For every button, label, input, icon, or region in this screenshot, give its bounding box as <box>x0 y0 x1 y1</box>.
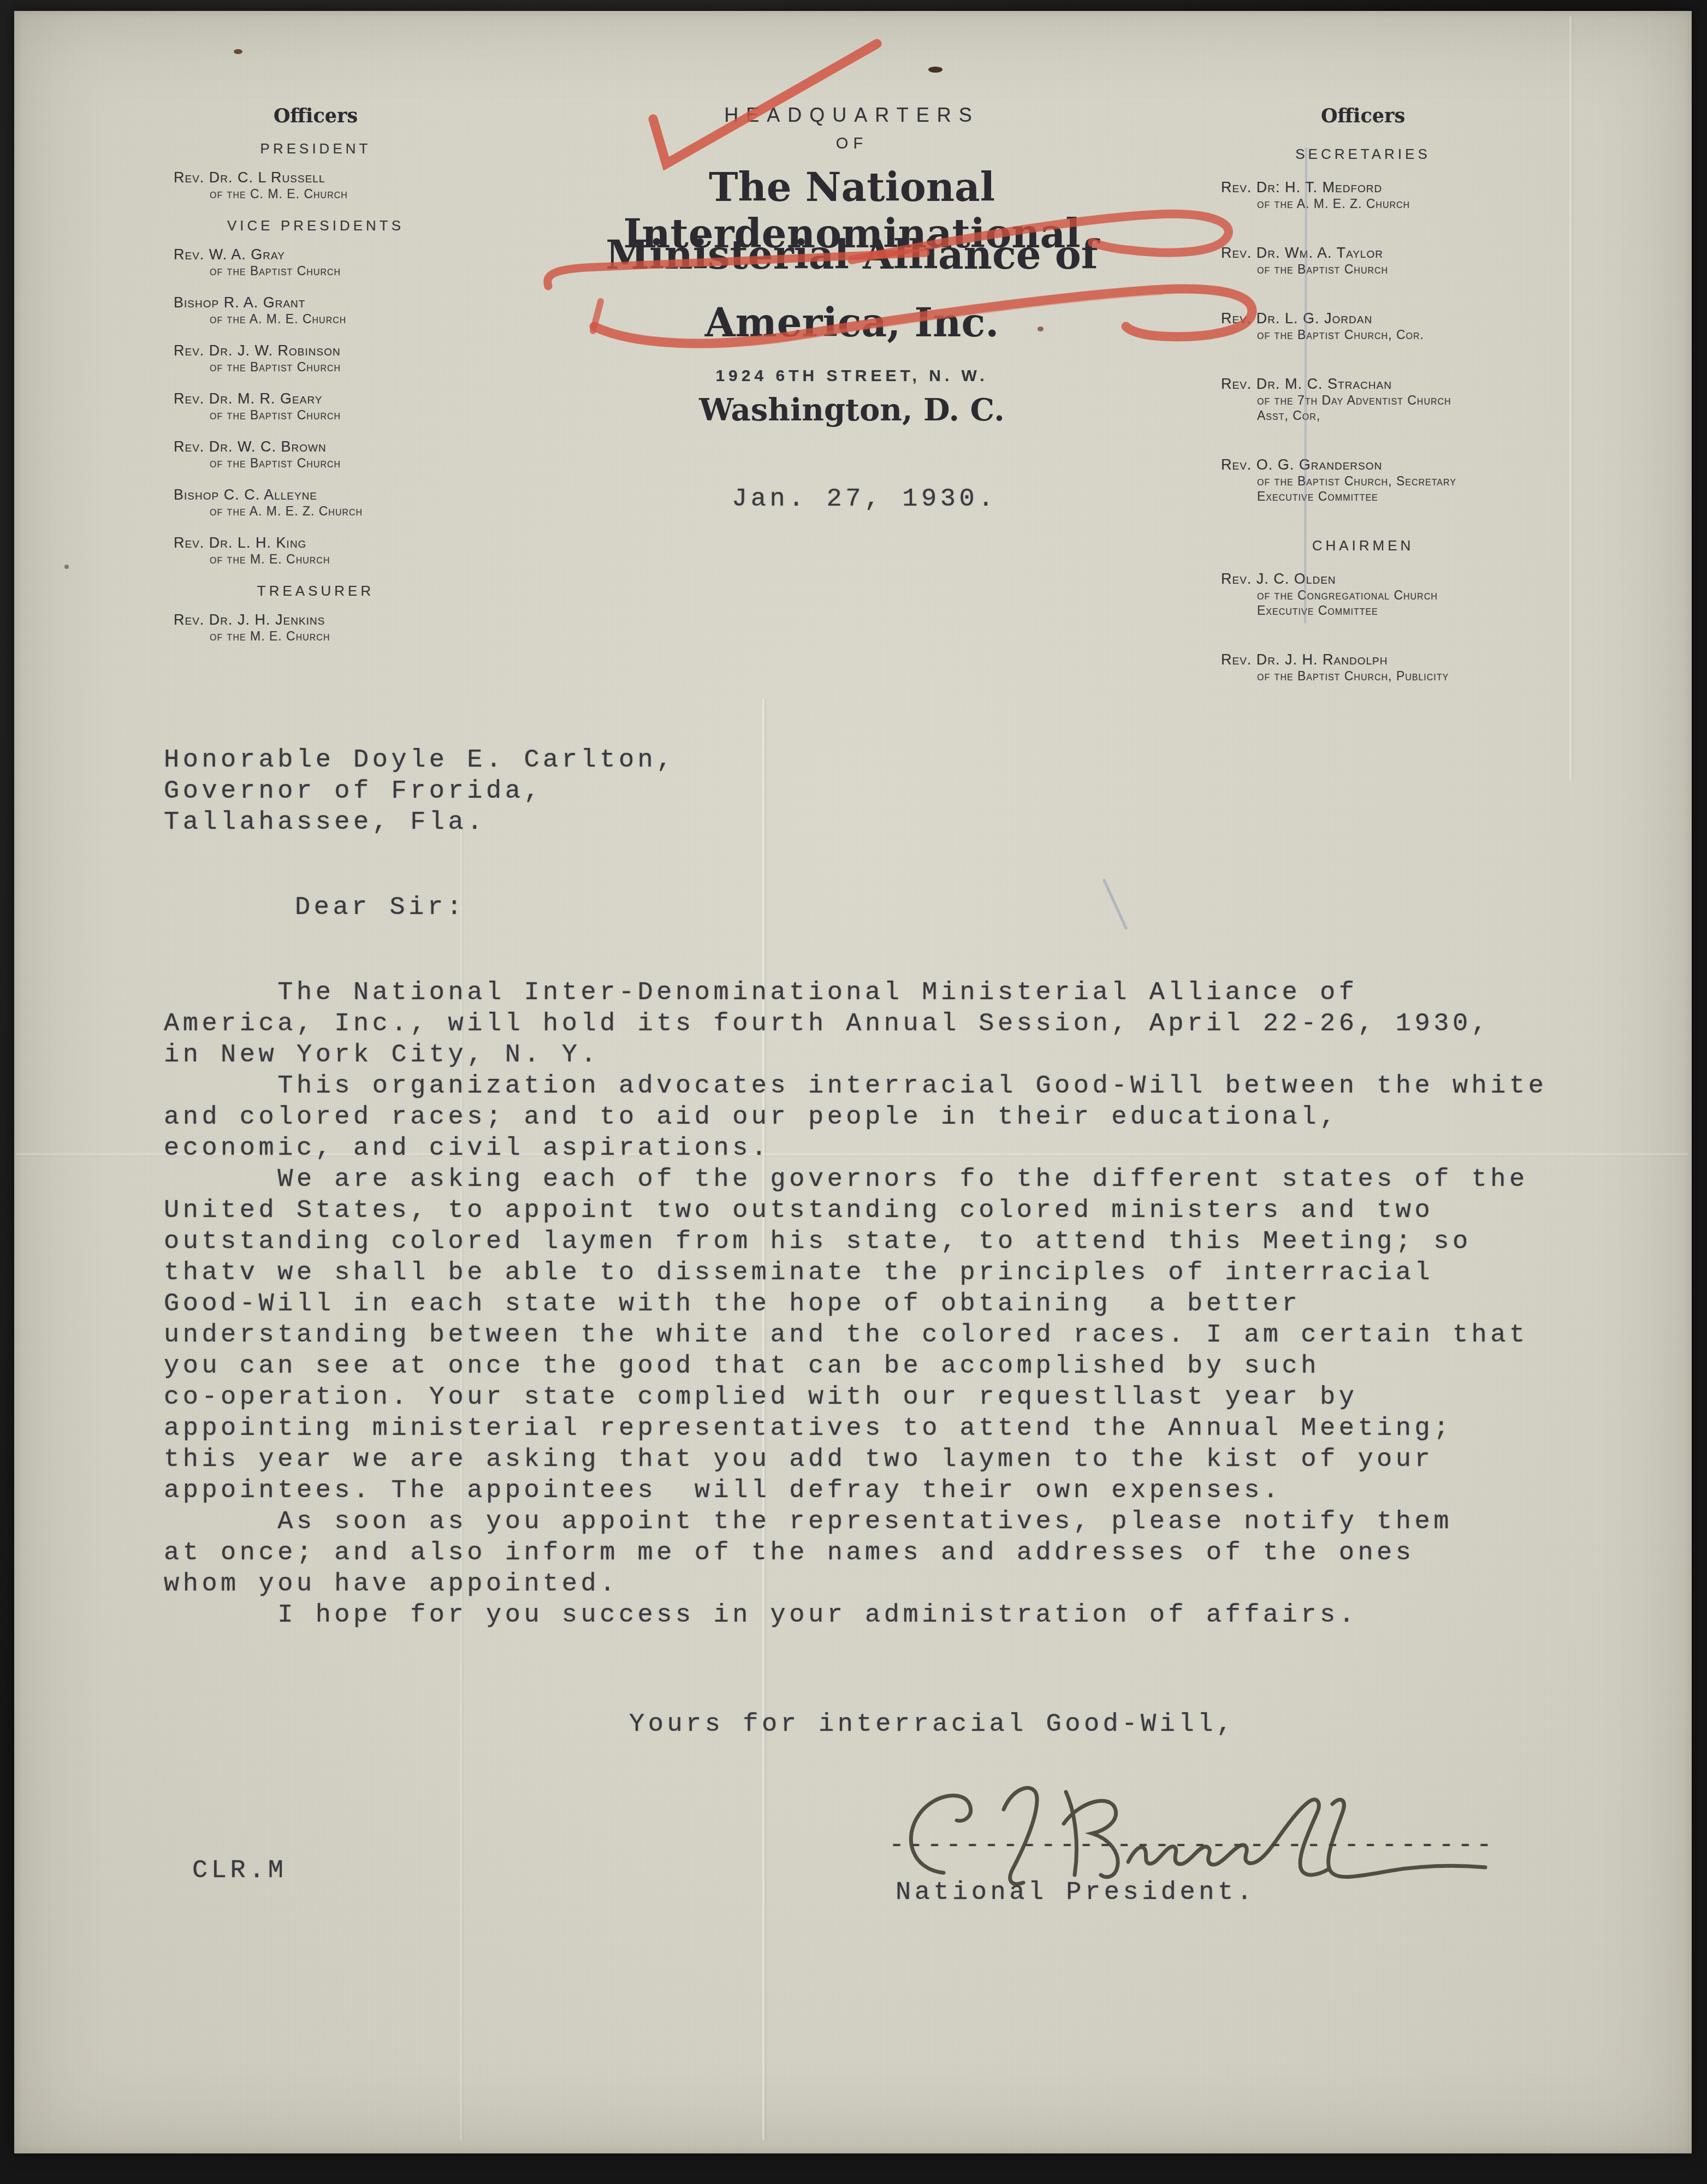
officer-name: Rev. Dr. J. H. Randolph <box>1221 651 1581 668</box>
officers-members: Rev. J. C. Olden of the Congregational C… <box>1221 571 1581 683</box>
officer-affiliations: of the 7th Day Adventist ChurchAsst, Cor… <box>1221 394 1581 423</box>
letter-body-line: America, Inc., will hold its fourth Annu… <box>164 1008 1547 1040</box>
letter-body-line: economic, and civil aspirations. <box>164 1133 1547 1164</box>
officer-affiliation: of the Baptist Church <box>210 264 458 278</box>
salutation: Dear Sir: <box>295 892 465 923</box>
officer-entry: Bishop C. C. Alleyne of the A. M. E. Z. … <box>174 486 458 518</box>
recipient-line: Governor of Frorida, <box>164 776 675 807</box>
officer-affiliation: of the Baptist Church <box>210 360 458 374</box>
letter-body-line: The National Inter-Denominational Minist… <box>164 977 1547 1008</box>
officer-name: Rev. Dr: H. T. Medford <box>1221 179 1581 195</box>
officer-affiliation: Asst, Cor, <box>1257 409 1581 423</box>
letter-body-line: this year we are asking that you add two… <box>164 1444 1547 1475</box>
officer-affiliation: of the M. E. Church <box>210 553 458 566</box>
officers-left-column: Officers PRESIDENT Rev. Dr. C. L Russell… <box>174 105 458 660</box>
letter-body: The National Inter-Denominational Minist… <box>164 977 1547 1631</box>
officer-entry: Rev. Dr. L. H. King of the M. E. Church <box>174 535 458 566</box>
officer-affiliation: of the 7th Day Adventist Church <box>1257 394 1581 407</box>
officer-name: Rev. J. C. Olden <box>1221 571 1581 587</box>
signature-title: National President. <box>896 1877 1255 1908</box>
officer-name: Rev. Dr. L. G. Jordan <box>1221 310 1581 327</box>
officer-entry: Rev. Dr: H. T. Medford of the A. M. E. Z… <box>1221 179 1581 211</box>
officer-name: Bishop R. A. Grant <box>174 294 458 311</box>
of-line: OF <box>535 135 1169 153</box>
officers-section-heading: PRESIDENT <box>174 140 458 157</box>
officers-section-heading: VICE PRESIDENTS <box>174 217 458 234</box>
officers-members: Rev. Dr. C. L Russell of the C. M. E. Ch… <box>174 169 458 201</box>
letter-body-line: understanding between the white and the … <box>164 1320 1547 1351</box>
officer-name: Bishop C. C. Alleyne <box>174 486 458 503</box>
paper-speck <box>234 49 242 54</box>
officer-affiliations: of the A. M. E. Z. Church <box>174 505 458 518</box>
officers-section: TREASURER Rev. Dr. J. H. Jenkins of the … <box>174 583 458 643</box>
letter-body-line: I hope for you success in your administr… <box>164 1600 1547 1631</box>
org-name-line2: Ministerial Alliance of <box>535 232 1169 278</box>
officer-affiliation: of the Baptist Church <box>210 408 458 422</box>
officers-section: VICE PRESIDENTS Rev. W. A. Gray of the B… <box>174 217 458 566</box>
paper-speck <box>64 565 69 569</box>
officer-name: Rev. W. A. Gray <box>174 246 458 263</box>
officer-affiliations: of the Baptist Church <box>174 264 458 278</box>
org-name-line3: America, Inc. <box>535 299 1169 346</box>
officer-affiliation: of the Congregational Church <box>1257 589 1581 602</box>
officer-entry: Rev. Dr. J. W. Robinson of the Baptist C… <box>174 342 458 374</box>
officer-affiliation: of the Baptist Church, Secretary <box>1257 474 1581 488</box>
letter-body-line: United States, to appoint two outstandin… <box>164 1195 1547 1226</box>
officer-entry: Rev. Dr. Wm. A. Taylor of the Baptist Ch… <box>1221 245 1581 276</box>
letter-body-line: in New York City, N. Y. <box>164 1040 1547 1071</box>
officer-entry: Rev. Dr. L. G. Jordan of the Baptist Chu… <box>1221 310 1581 342</box>
officer-affiliations: of the Baptist Church <box>174 360 458 374</box>
officer-affiliation: of the Baptist Church <box>210 456 458 470</box>
officer-entry: Rev. Dr. M. C. Strachan of the 7th Day A… <box>1221 376 1581 423</box>
officer-affiliations: of the Baptist Church, SecretaryExecutiv… <box>1221 474 1581 503</box>
officers-title: Officers <box>174 105 458 127</box>
letter-body-line: As soon as you appoint the representativ… <box>164 1506 1547 1538</box>
officer-name: Rev. O. G. Granderson <box>1221 456 1581 473</box>
scanned-letter-page: Officers PRESIDENT Rev. Dr. C. L Russell… <box>0 0 1707 2184</box>
officer-affiliations: of the Baptist Church, Publicity <box>1221 669 1581 683</box>
officer-entry: Rev. J. C. Olden of the Congregational C… <box>1221 571 1581 618</box>
officer-affiliation: of the Baptist Church, Publicity <box>1257 669 1581 683</box>
officer-affiliations: of the Baptist Church <box>1221 263 1581 276</box>
officer-affiliations: of the Baptist Church <box>174 408 458 422</box>
letter-body-line: you can see at once the good that can be… <box>164 1351 1547 1382</box>
officer-affiliation: Executive Committee <box>1257 490 1581 503</box>
officer-name: Rev. Dr. M. R. Geary <box>174 390 458 407</box>
officer-entry: Rev. Dr. J. H. Randolph of the Baptist C… <box>1221 651 1581 683</box>
headquarters-line: HEADQUARTERS <box>535 104 1169 127</box>
letter-body-line: appointees. The appointees will defray t… <box>164 1475 1547 1506</box>
letter-body-line: and colored races; and to aid our people… <box>164 1102 1547 1133</box>
letter-body-line: We are asking each of the governors fo t… <box>164 1164 1547 1195</box>
officer-entry: Rev. Dr. M. R. Geary of the Baptist Chur… <box>174 390 458 422</box>
officer-affiliation: of the M. E. Church <box>210 630 458 643</box>
officer-affiliations: of the M. E. Church <box>174 630 458 643</box>
officers-right-column: Officers SECRETARIES Rev. Dr: H. T. Medf… <box>1221 105 1581 717</box>
officers-members: Rev. W. A. Gray of the Baptist Church Bi… <box>174 246 458 566</box>
typist-reference: CLR.M <box>192 1855 287 1886</box>
officer-name: Rev. Dr. W. C. Brown <box>174 438 458 455</box>
letter-body-line: whom you have appointed. <box>164 1569 1547 1600</box>
officer-name: Rev. Dr. L. H. King <box>174 535 458 551</box>
officer-name: Rev. Dr. Wm. A. Taylor <box>1221 245 1581 261</box>
officer-entry: Rev. W. A. Gray of the Baptist Church <box>174 246 458 278</box>
officers-section-heading: CHAIRMEN <box>1221 537 1505 554</box>
officer-entry: Bishop R. A. Grant of the A. M. E. Churc… <box>174 294 458 326</box>
officer-affiliations: of the C. M. E. Church <box>174 187 458 201</box>
officers-sections: PRESIDENT Rev. Dr. C. L Russell of the C… <box>174 140 458 643</box>
signature-line: -------------------------------- <box>889 1830 1496 1861</box>
letter-content: Officers PRESIDENT Rev. Dr. C. L Russell… <box>0 0 1707 2184</box>
officer-affiliation: Executive Committee <box>1257 604 1581 618</box>
officer-name: Rev. Dr. M. C. Strachan <box>1221 376 1581 392</box>
letter-date: Jan. 27, 1930. <box>732 485 997 514</box>
officer-affiliation: of the A. M. E. Z. Church <box>1257 197 1581 211</box>
paper-speck <box>928 67 943 73</box>
officers-sections: SECRETARIES Rev. Dr: H. T. Medford of th… <box>1221 146 1581 683</box>
officer-entry: Rev. Dr. J. H. Jenkins of the M. E. Chur… <box>174 612 458 643</box>
officers-section-heading: SECRETARIES <box>1221 146 1505 163</box>
letter-body-line: This organization advocates interracial … <box>164 1071 1547 1102</box>
letter-body-line: thatv we shall be able to disseminate th… <box>164 1257 1547 1289</box>
recipient-block: Honorable Doyle E. Carlton,Governor of F… <box>164 745 675 838</box>
officer-affiliations: of the Baptist Church <box>174 456 458 470</box>
letter-body-line: at once; and also inform me of the names… <box>164 1538 1547 1569</box>
officer-entry: Rev. Dr. C. L Russell of the C. M. E. Ch… <box>174 169 458 201</box>
officer-affiliation: of the Baptist Church, Cor. <box>1257 328 1581 342</box>
city-line: Washington, D. C. <box>535 392 1169 428</box>
officers-section: CHAIRMEN Rev. J. C. Olden of the Congreg… <box>1221 537 1581 683</box>
officer-affiliations: of the A. M. E. Church <box>174 312 458 326</box>
closing-line: Yours for interracial Good-Will, <box>629 1709 1236 1740</box>
officers-section: SECRETARIES Rev. Dr: H. T. Medford of th… <box>1221 146 1581 503</box>
officer-affiliations: of the A. M. E. Z. Church <box>1221 197 1581 211</box>
letter-body-line: co-operation. Your state complied with o… <box>164 1382 1547 1413</box>
officer-affiliation: of the A. M. E. Z. Church <box>210 505 458 518</box>
officer-affiliations: of the Congregational ChurchExecutive Co… <box>1221 589 1581 618</box>
officers-members: Rev. Dr: H. T. Medford of the A. M. E. Z… <box>1221 179 1581 503</box>
officers-title: Officers <box>1221 105 1505 127</box>
officer-affiliations: of the M. E. Church <box>174 553 458 566</box>
officer-entry: Rev. O. G. Granderson of the Baptist Chu… <box>1221 456 1581 503</box>
recipient-line: Honorable Doyle E. Carlton, <box>164 745 675 776</box>
street-address: 1924 6TH STREET, N. W. <box>535 367 1169 385</box>
blue-pencil-diagonal-mark <box>1104 880 1126 928</box>
letter-body-line: appointing ministerial representatives t… <box>164 1413 1547 1444</box>
officer-affiliation: of the Baptist Church <box>1257 263 1581 276</box>
officer-name: Rev. Dr. J. H. Jenkins <box>174 612 458 628</box>
letter-body-line: Good-Will in each state with the hope of… <box>164 1289 1547 1320</box>
officers-section: PRESIDENT Rev. Dr. C. L Russell of the C… <box>174 140 458 201</box>
officer-affiliations: of the Baptist Church, Cor. <box>1221 328 1581 342</box>
letter-body-line: outstanding colored laymen from his stat… <box>164 1226 1547 1257</box>
officer-name: Rev. Dr. J. W. Robinson <box>174 342 458 359</box>
officers-members: Rev. Dr. J. H. Jenkins of the M. E. Chur… <box>174 612 458 643</box>
recipient-line: Tallahassee, Fla. <box>164 807 675 838</box>
officer-name: Rev. Dr. C. L Russell <box>174 169 458 186</box>
officer-affiliation: of the C. M. E. Church <box>210 187 458 201</box>
officer-affiliation: of the A. M. E. Church <box>210 312 458 326</box>
officer-entry: Rev. Dr. W. C. Brown of the Baptist Chur… <box>174 438 458 470</box>
officers-section-heading: TREASURER <box>174 583 458 600</box>
